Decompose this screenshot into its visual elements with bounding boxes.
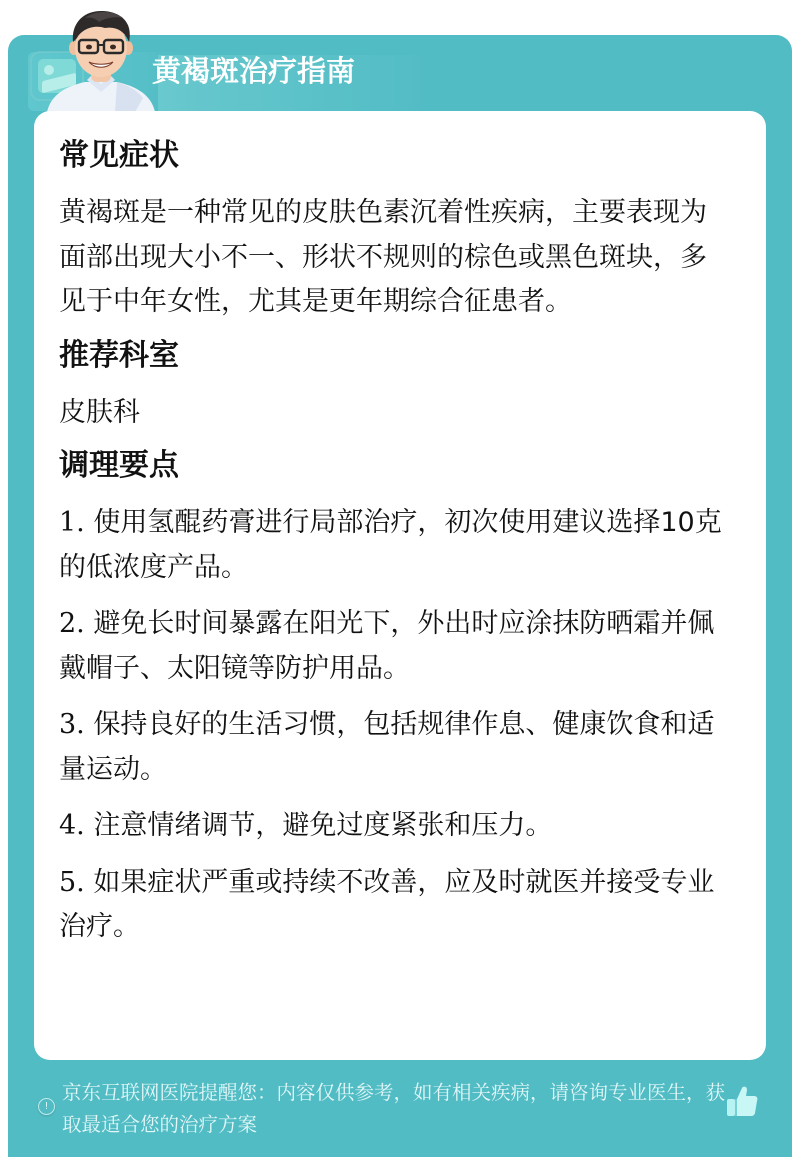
disclaimer-text: 京东互联网医院提醒您：内容仅供参考，如有相关疾病，请咨询专业医生，获取最适合您的…	[62, 1077, 732, 1141]
page-title: 黄褐斑治疗指南	[152, 52, 355, 90]
list-item: 5. 如果症状严重或持续不改善，应及时就医并接受专业治疗。	[59, 861, 729, 950]
list-item: 3. 保持良好的生活习惯，包括规律作息、健康饮食和适量运动。	[59, 703, 729, 792]
doctor-avatar-icon	[45, 6, 157, 112]
guide-card: 常见症状 黄褐斑是一种常见的皮肤色素沉着性疾病，主要表现为面部出现大小不一、形状…	[34, 111, 766, 1060]
list-item: 4. 注意情绪调节，避免过度紧张和压力。	[59, 804, 729, 849]
list-item: 2. 避免长时间暴露在阳光下，外出时应涂抹防晒霜并佩戴帽子、太阳镜等防护用品。	[59, 602, 729, 691]
section-title-care: 调理要点	[59, 443, 729, 489]
info-icon: !	[38, 1098, 55, 1115]
disclaimer-footer: ! 京东互联网医院提醒您：内容仅供参考，如有相关疾病，请咨询专业医生，获取最适合…	[28, 1071, 748, 1151]
section-title-symptoms: 常见症状	[59, 133, 729, 179]
section-title-department: 推荐科室	[59, 333, 729, 379]
department-text: 皮肤科	[59, 391, 729, 436]
thumbs-up-icon[interactable]	[725, 1084, 759, 1118]
list-item: 1. 使用氢醌药膏进行局部治疗，初次使用建议选择10克的低浓度产品。	[59, 501, 729, 590]
symptoms-text: 黄褐斑是一种常见的皮肤色素沉着性疾病，主要表现为面部出现大小不一、形状不规则的棕…	[59, 191, 729, 325]
